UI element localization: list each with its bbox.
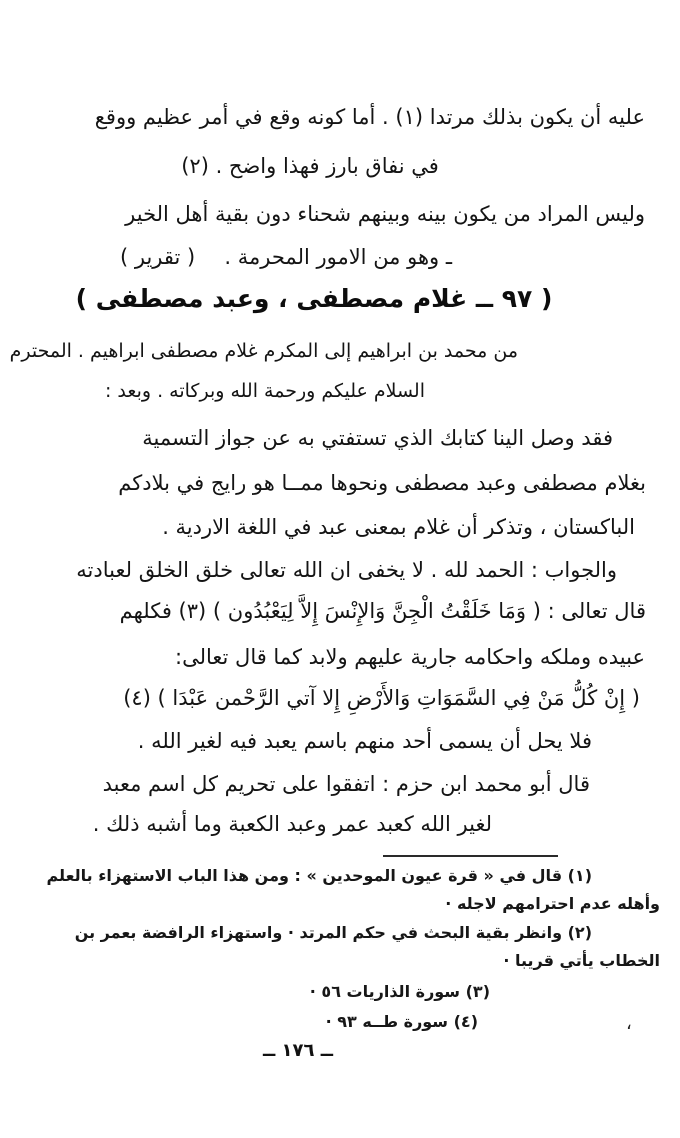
body-line: لغير الله كعبد عمر وعبد الكعبة وما أشبه … <box>93 810 492 839</box>
body-line: عليه أن يكون بذلك مرتدا (١) . أما كونه و… <box>95 103 645 132</box>
body-line: فلا يحل أن يسمى أحد منهم باسم يعبد فيه ل… <box>138 727 592 756</box>
body-line: عبيده وملكه واحكامه جارية عليهم ولابد كم… <box>175 643 645 672</box>
footnote-line: (٣) سورة الذاريات ٥٦ · <box>310 982 490 1001</box>
body-line: في نفاق بارز فهذا واضح . (٢) <box>181 152 439 181</box>
footnote-line: (٤) سورة طــه ٩٣ · <box>326 1012 478 1031</box>
letter-salutation-line: السلام عليكم ورحمة الله وبركاته . وبعد : <box>105 378 425 405</box>
verse-line: ( إِنْ كُلُّ مَنْ فِي السَّمَوَاتِ وَالأ… <box>123 684 640 713</box>
taqrir-label: ( تقرير ) <box>120 243 195 272</box>
body-line: قال أبو محمد ابن حزم : اتفقوا على تحريم … <box>103 770 590 799</box>
page-number: ــ ١٧٦ ــ <box>263 1040 333 1061</box>
scanned-page: عليه أن يكون بذلك مرتدا (١) . أما كونه و… <box>0 0 680 1138</box>
body-line: فقد وصل الينا كتابك الذي تستفتي به عن جو… <box>142 424 613 453</box>
body-line: والجواب : الحمد لله . لا يخفى ان الله تع… <box>76 556 617 585</box>
footnote-line: (١) قال في « قرة عيون الموحدين » : ومن ه… <box>46 866 592 885</box>
footnote-line: الخطاب يأتي قريبا · <box>503 951 660 970</box>
body-line: وليس المراد من يكون بينه وبينهم شحناء دو… <box>125 200 645 229</box>
body-line: بغلام مصطفى وعبد مصطفى ونحوها ممــا هو ر… <box>118 469 646 498</box>
body-line: ـ وهو من الامور المحرمة . <box>224 243 452 272</box>
footnote-line: وأهله عدم احترامهم لاجله · <box>445 894 660 913</box>
footnote-separator <box>383 855 558 857</box>
section-heading: ( ٩٧ ــ غلام مصطفى ، وعبد مصطفى ) <box>76 284 553 313</box>
letter-sender-line: من محمد بن ابراهيم إلى المكرم غلام مصطفى… <box>10 338 518 365</box>
verse-line: قال تعالى : ( وَمَا خَلَقْتُ الْجِنَّ وَ… <box>120 597 646 626</box>
footnote-line: (٢) وانظر بقية البحث في حكم المرتد · واس… <box>75 923 592 942</box>
body-line: الباكستان ، وتذكر أن غلام بمعنى عبد في ا… <box>162 513 635 542</box>
stray-ink-mark: ، <box>626 1013 632 1034</box>
